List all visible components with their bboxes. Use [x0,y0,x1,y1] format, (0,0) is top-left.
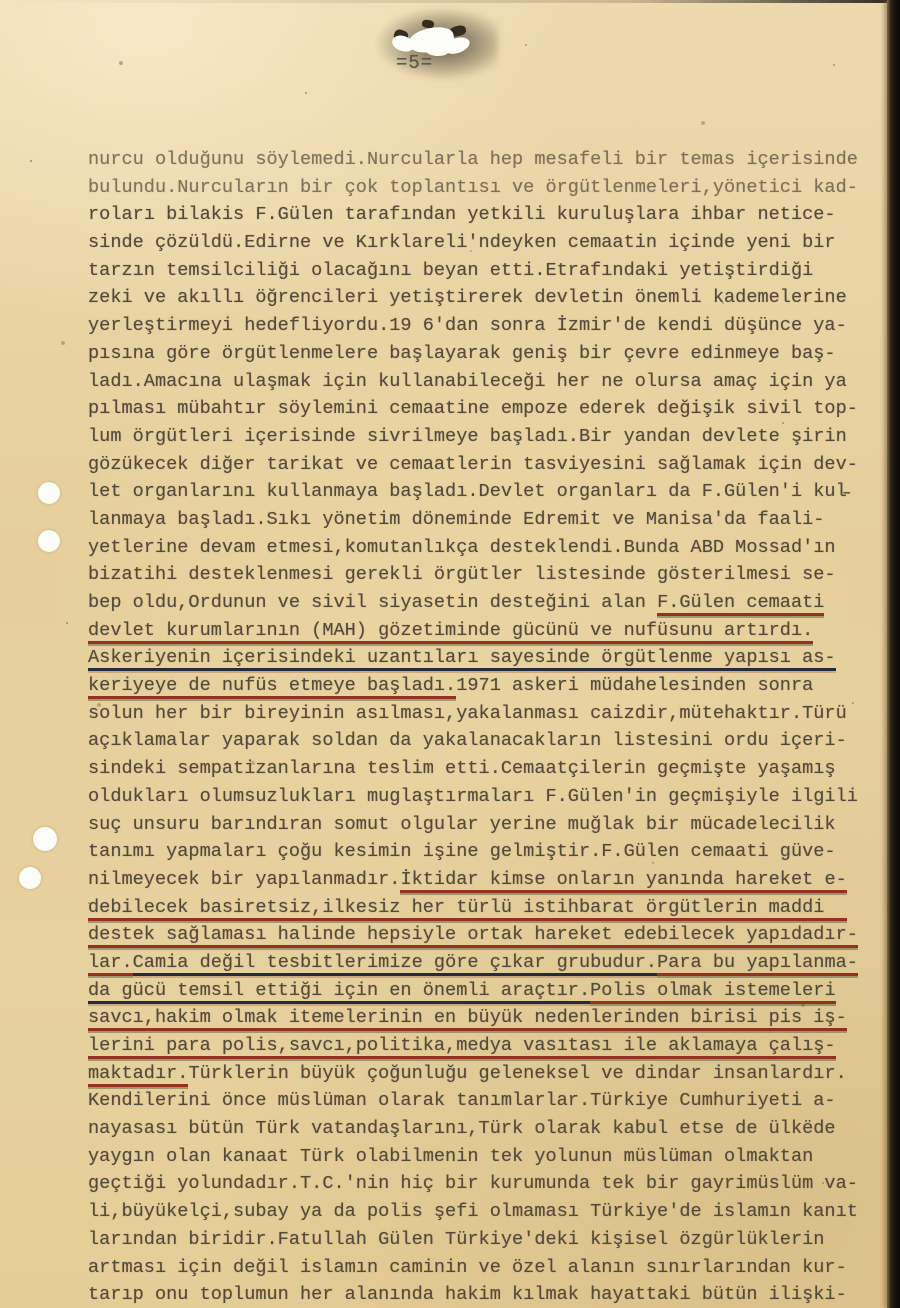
underlined-text: Polis olmak istemeleri [590,980,835,1004]
typed-text: 1971 askeri müdahelesinden sonra [456,675,813,696]
typed-line: oldukları olumsuzlukları muglaştırmaları… [88,783,874,811]
document-page: =5= nurcu olduğunu söylemedi.Nurcularla … [0,0,900,1308]
typed-line: roları bilakis F.Gülen tarafından yetkil… [88,201,874,229]
underlined-text: savcı,hakim olmak itemelerinin en büyük … [88,1007,847,1031]
page-number: =5= [396,52,433,74]
underlined-text: Askeriyenin içerisindeki uzantıları saye… [88,647,836,671]
punch-hole [33,827,57,851]
typed-line: savcı,hakim olmak itemelerinin en büyük … [88,1004,874,1032]
typed-line: zeki ve akıllı öğrencileri yetiştirerek … [88,284,874,312]
typed-text: sindeki sempatizanlarına teslim etti.Cem… [88,758,836,779]
punch-hole [38,482,60,504]
typed-line: bizatihi desteklenmesi gerekli örgütler … [88,561,874,589]
typed-line: debilecek basiretsiz,ilkesiz her türlü i… [88,894,874,922]
typed-text: geçtiği yolundadır.T.C.'nin hiç bir kuru… [88,1173,858,1194]
typed-text: tanımı yapmaları çoğu kesimin işine gelm… [88,841,836,862]
underlined-text: Para bu yapılanma- [657,952,858,976]
scan-edge-right [887,0,900,1308]
underlined-text: keriyeye de nufüs etmeye başladı. [88,675,456,699]
typed-line: nurcu olduğunu söylemedi.Nurcularla hep … [88,146,874,174]
typed-text: solun her bir bireyinin asılması,yakalan… [88,703,847,724]
typed-line: devlet kurumlarının (MAH) gözetiminde gü… [88,617,874,645]
typed-line: artması için değil islamın caminin ve öz… [88,1254,874,1282]
underlined-text: debilecek basiretsiz,ilkesiz her türlü i… [88,897,847,921]
typed-text: bizatihi desteklenmesi gerekli örgütler … [88,564,836,585]
typed-line: sinde çözüldü.Edirne ve Kırklareli'ndeyk… [88,229,874,257]
underlined-text: lerini para polis,savcı,politika,medya v… [88,1035,836,1059]
typed-line: pılması mübahtır söylemini cemaatine emp… [88,395,874,423]
paper-speckles [0,0,2,2]
typed-line: solun her bir bireyinin asılması,yakalan… [88,700,874,728]
typed-line: geçtiği yolundadır.T.C.'nin hiç bir kuru… [88,1170,874,1198]
typed-text: ladı.Amacına ulaşmak için kullanabileceğ… [88,371,847,392]
typed-line: keriyeye de nufüs etmeye başladı.1971 as… [88,672,874,700]
underlined-text: maktadır. [88,1063,188,1087]
typed-line: nilmeyecek bir yapılanmadır.İktidar kims… [88,866,874,894]
typed-text: sinde çözüldü.Edirne ve Kırklareli'ndeyk… [88,232,836,253]
typed-line: lanmaya başladı.Sıkı yönetim döneminde E… [88,506,874,534]
typed-line: yerleştirmeyi hedefliyordu.19 6'dan sonr… [88,312,874,340]
underlined-text: İktidar kimse onların yanında hareket e- [400,869,846,893]
typed-text: açıklamalar yaparak soldan da yakalanaca… [88,730,847,751]
typed-line: tanımı yapmaları çoğu kesimin işine gelm… [88,838,874,866]
punch-hole [19,867,41,889]
typed-line: lerini para polis,savcı,politika,medya v… [88,1032,874,1060]
typed-line: tarıp onu toplumun her alanında hakim kı… [88,1281,874,1308]
typed-lines: nurcu olduğunu söylemedi.Nurcularla hep … [88,146,874,1308]
typed-line: yetlerine devam etmesi,komutanlıkça dest… [88,534,874,562]
underlined-text: F.Gülen cemaati [657,592,824,616]
typed-text: larından biridir.Fatullah Gülen Türkiye'… [88,1229,824,1250]
typed-line: bep oldu,Ordunun ve sivil siyasetin dest… [88,589,874,617]
typed-line: maktadır.Türklerin büyük çoğunluğu gelen… [88,1060,874,1088]
typed-line: sindeki sempatizanlarına teslim etti.Cem… [88,755,874,783]
typed-text: suç unsuru barındıran somut olgular yeri… [88,814,836,835]
typed-text: lum örgütleri içerisinde sivrilmeye başl… [88,426,847,447]
typed-text: tarıp onu toplumun her alanında hakim kı… [88,1284,847,1305]
typed-line: lar.Camia değil tesbitlerimize göre çıka… [88,949,874,977]
typed-text: Kendilerini önce müslüman olarak tanımla… [88,1090,836,1111]
typed-line: da gücü temsil ettiği için en önemli ara… [88,977,874,1005]
typed-line: açıklamalar yaparak soldan da yakalanaca… [88,727,874,755]
typed-text: Türklerin büyük çoğunluğu geleneksel ve … [188,1063,846,1084]
underlined-text: Camia değil tesbitlerimize göre çıkar gr… [133,952,657,976]
typed-line: ladı.Amacına ulaşmak için kullanabileceğ… [88,368,874,396]
punch-hole [38,530,60,552]
typed-line: Kendilerini önce müslüman olarak tanımla… [88,1087,874,1115]
typed-line: bulundu.Nurcuların bir çok toplantısı ve… [88,174,874,202]
typed-text: bulundu.Nurcuların bir çok toplantısı ve… [88,177,858,198]
typed-text: pılması mübahtır söylemini cemaatine emp… [88,398,858,419]
typed-text: li,büyükelçi,subay ya da polis şefi olma… [88,1201,858,1222]
underlined-text: da gücü temsil ettiği için en önemli ara… [88,980,590,1004]
underlined-text: devlet kurumlarının (MAH) gözetiminde gü… [88,620,813,644]
typed-line: lum örgütleri içerisinde sivrilmeye başl… [88,423,874,451]
typed-line: yaygın olan kanaat Türk olabilmenin tek … [88,1143,874,1171]
typed-line: larından biridir.Fatullah Gülen Türkiye'… [88,1226,874,1254]
typed-line: li,büyükelçi,subay ya da polis şefi olma… [88,1198,874,1226]
typed-text: gözükecek diğer tarikat ve cemaatlerin t… [88,454,858,475]
typed-line: gözükecek diğer tarikat ve cemaatlerin t… [88,451,874,479]
typed-text: yetlerine devam etmesi,komutanlıkça dest… [88,537,836,558]
typed-text: tarzın temsilciliği olacağını beyan etti… [88,260,813,281]
typed-text: oldukları olumsuzlukları muglaştırmaları… [88,786,858,807]
typed-line: destek sağlaması halinde hepsiyle ortak … [88,921,874,949]
typed-text: yerleştirmeyi hedefliyordu.19 6'dan sonr… [88,315,847,336]
underlined-text: lar. [88,952,133,976]
typed-line: pısına göre örgütlenmelere başlayarak ge… [88,340,874,368]
scan-edge-top [0,0,900,3]
typed-text: pısına göre örgütlenmelere başlayarak ge… [88,343,836,364]
typed-text: yaygın olan kanaat Türk olabilmenin tek … [88,1146,813,1167]
typed-text: nayasası bütün Türk vatandaşlarını,Türk … [88,1118,836,1139]
typed-text: bep oldu,Ordunun ve sivil siyasetin dest… [88,592,657,613]
typed-text: artması için değil islamın caminin ve öz… [88,1257,847,1278]
typed-line: tarzın temsilciliği olacağını beyan etti… [88,257,874,285]
typed-text: nilmeyecek bir yapılanmadır. [88,869,400,890]
typed-text: let organlarını kullanmaya başladı.Devle… [88,481,847,502]
typed-text: nurcu olduğunu söylemedi.Nurcularla hep … [88,149,858,170]
typed-line: suç unsuru barındıran somut olgular yeri… [88,811,874,839]
typed-text: zeki ve akıllı öğrencileri yetiştirerek … [88,287,847,308]
typed-line: let organlarını kullanmaya başladı.Devle… [88,478,874,506]
underlined-text: destek sağlaması halinde hepsiyle ortak … [88,924,858,948]
typed-text: roları bilakis F.Gülen tarafından yetkil… [88,204,836,225]
typed-line: Askeriyenin içerisindeki uzantıları saye… [88,644,874,672]
typed-text: lanmaya başladı.Sıkı yönetim döneminde E… [88,509,824,530]
typed-line: nayasası bütün Türk vatandaşlarını,Türk … [88,1115,874,1143]
